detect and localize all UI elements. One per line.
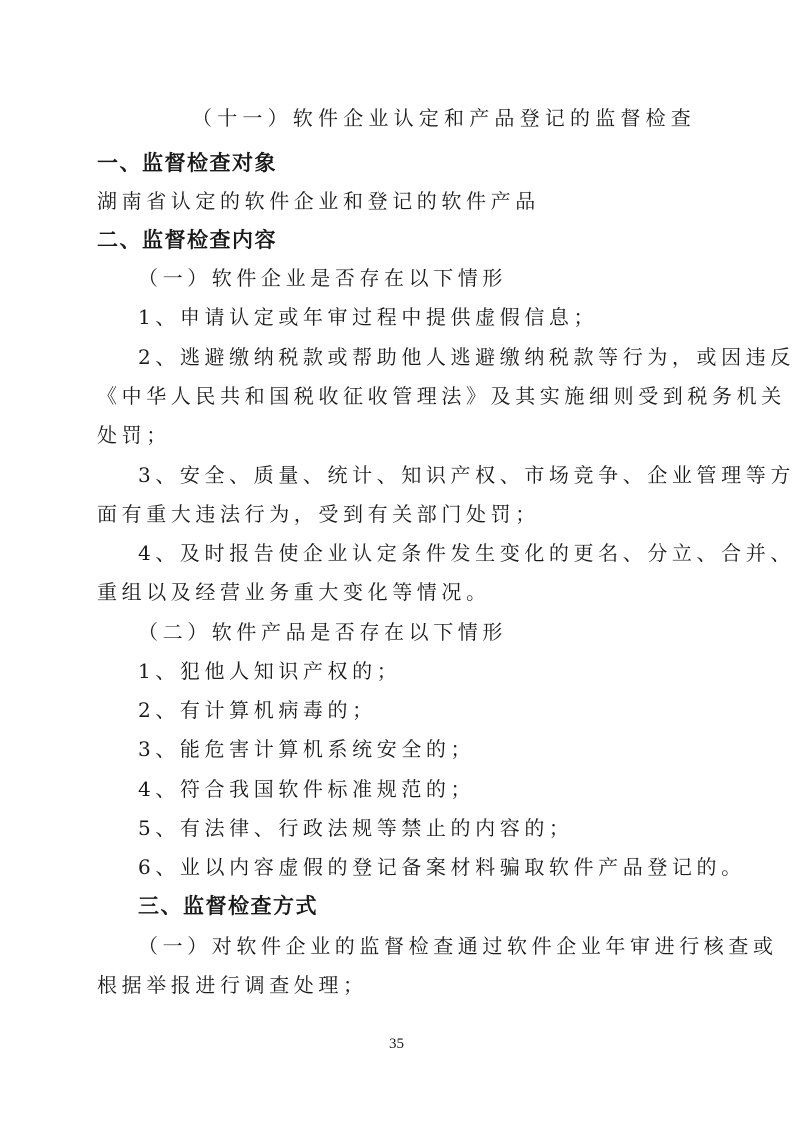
paragraph-methods-1-line2: 根据举报进行调查处理； [97,973,368,997]
list-item-enterprise-4-line1: 4、及时报告使企业认定条件发生变化的更名、分立、合并、 [138,541,793,565]
page-number: 35 [0,1036,793,1053]
list-item-product-4: 4、符合我国软件标准规范的； [138,777,475,801]
list-item-enterprise-3-line1: 3、安全、质量、统计、知识产权、市场竞争、企业管理等方 [138,463,793,487]
section-heading-content: 二、监督检查内容 [97,228,277,252]
list-item-product-1: 1、犯他人知识产权的； [138,659,401,683]
list-item-product-6: 6、业以内容虚假的登记备案材料骗取软件产品登记的。 [138,855,746,879]
list-item-product-5: 5、有法律、行政法规等禁止的内容的； [138,816,574,840]
subsection-heading-product: （二）软件产品是否存在以下情形 [138,620,507,644]
list-item-product-3: 3、能危害计算机系统安全的； [138,737,475,761]
list-item-enterprise-1: 1、申请认定或年审过程中提供虚假信息； [138,305,598,329]
list-item-enterprise-4-line2: 重组以及经营业务重大变化等情况。 [97,580,491,604]
list-item-enterprise-2-line1: 2、逃避缴纳税款或帮助他人逃避缴纳税款等行为，或因违反 [138,345,793,369]
subsection-heading-enterprise: （一）软件企业是否存在以下情形 [138,266,507,290]
section-heading-objects: 一、监督检查对象 [97,151,277,175]
document-page: （十一）软件企业认定和产品登记的监督检查 一、监督检查对象 湖南省认定的软件企业… [0,0,793,1122]
list-item-enterprise-2-line3: 处罚； [97,423,171,447]
paragraph-objects: 湖南省认定的软件企业和登记的软件产品 [97,189,540,213]
document-title: （十一）软件企业认定和产品登记的监督检查 [192,106,696,130]
list-item-enterprise-2-line2: 《中华人民共和国税收征收管理法》及其实施细则受到税务机关 [97,384,786,408]
section-heading-methods: 三、监督检查方式 [138,894,318,918]
list-item-enterprise-3-line2: 面有重大违法行为，受到有关部门处罚； [97,502,540,526]
list-item-product-2: 2、有计算机病毒的； [138,698,377,722]
paragraph-methods-1-line1: （一）对软件企业的监督检查通过软件企业年审进行核查或 [138,934,778,958]
